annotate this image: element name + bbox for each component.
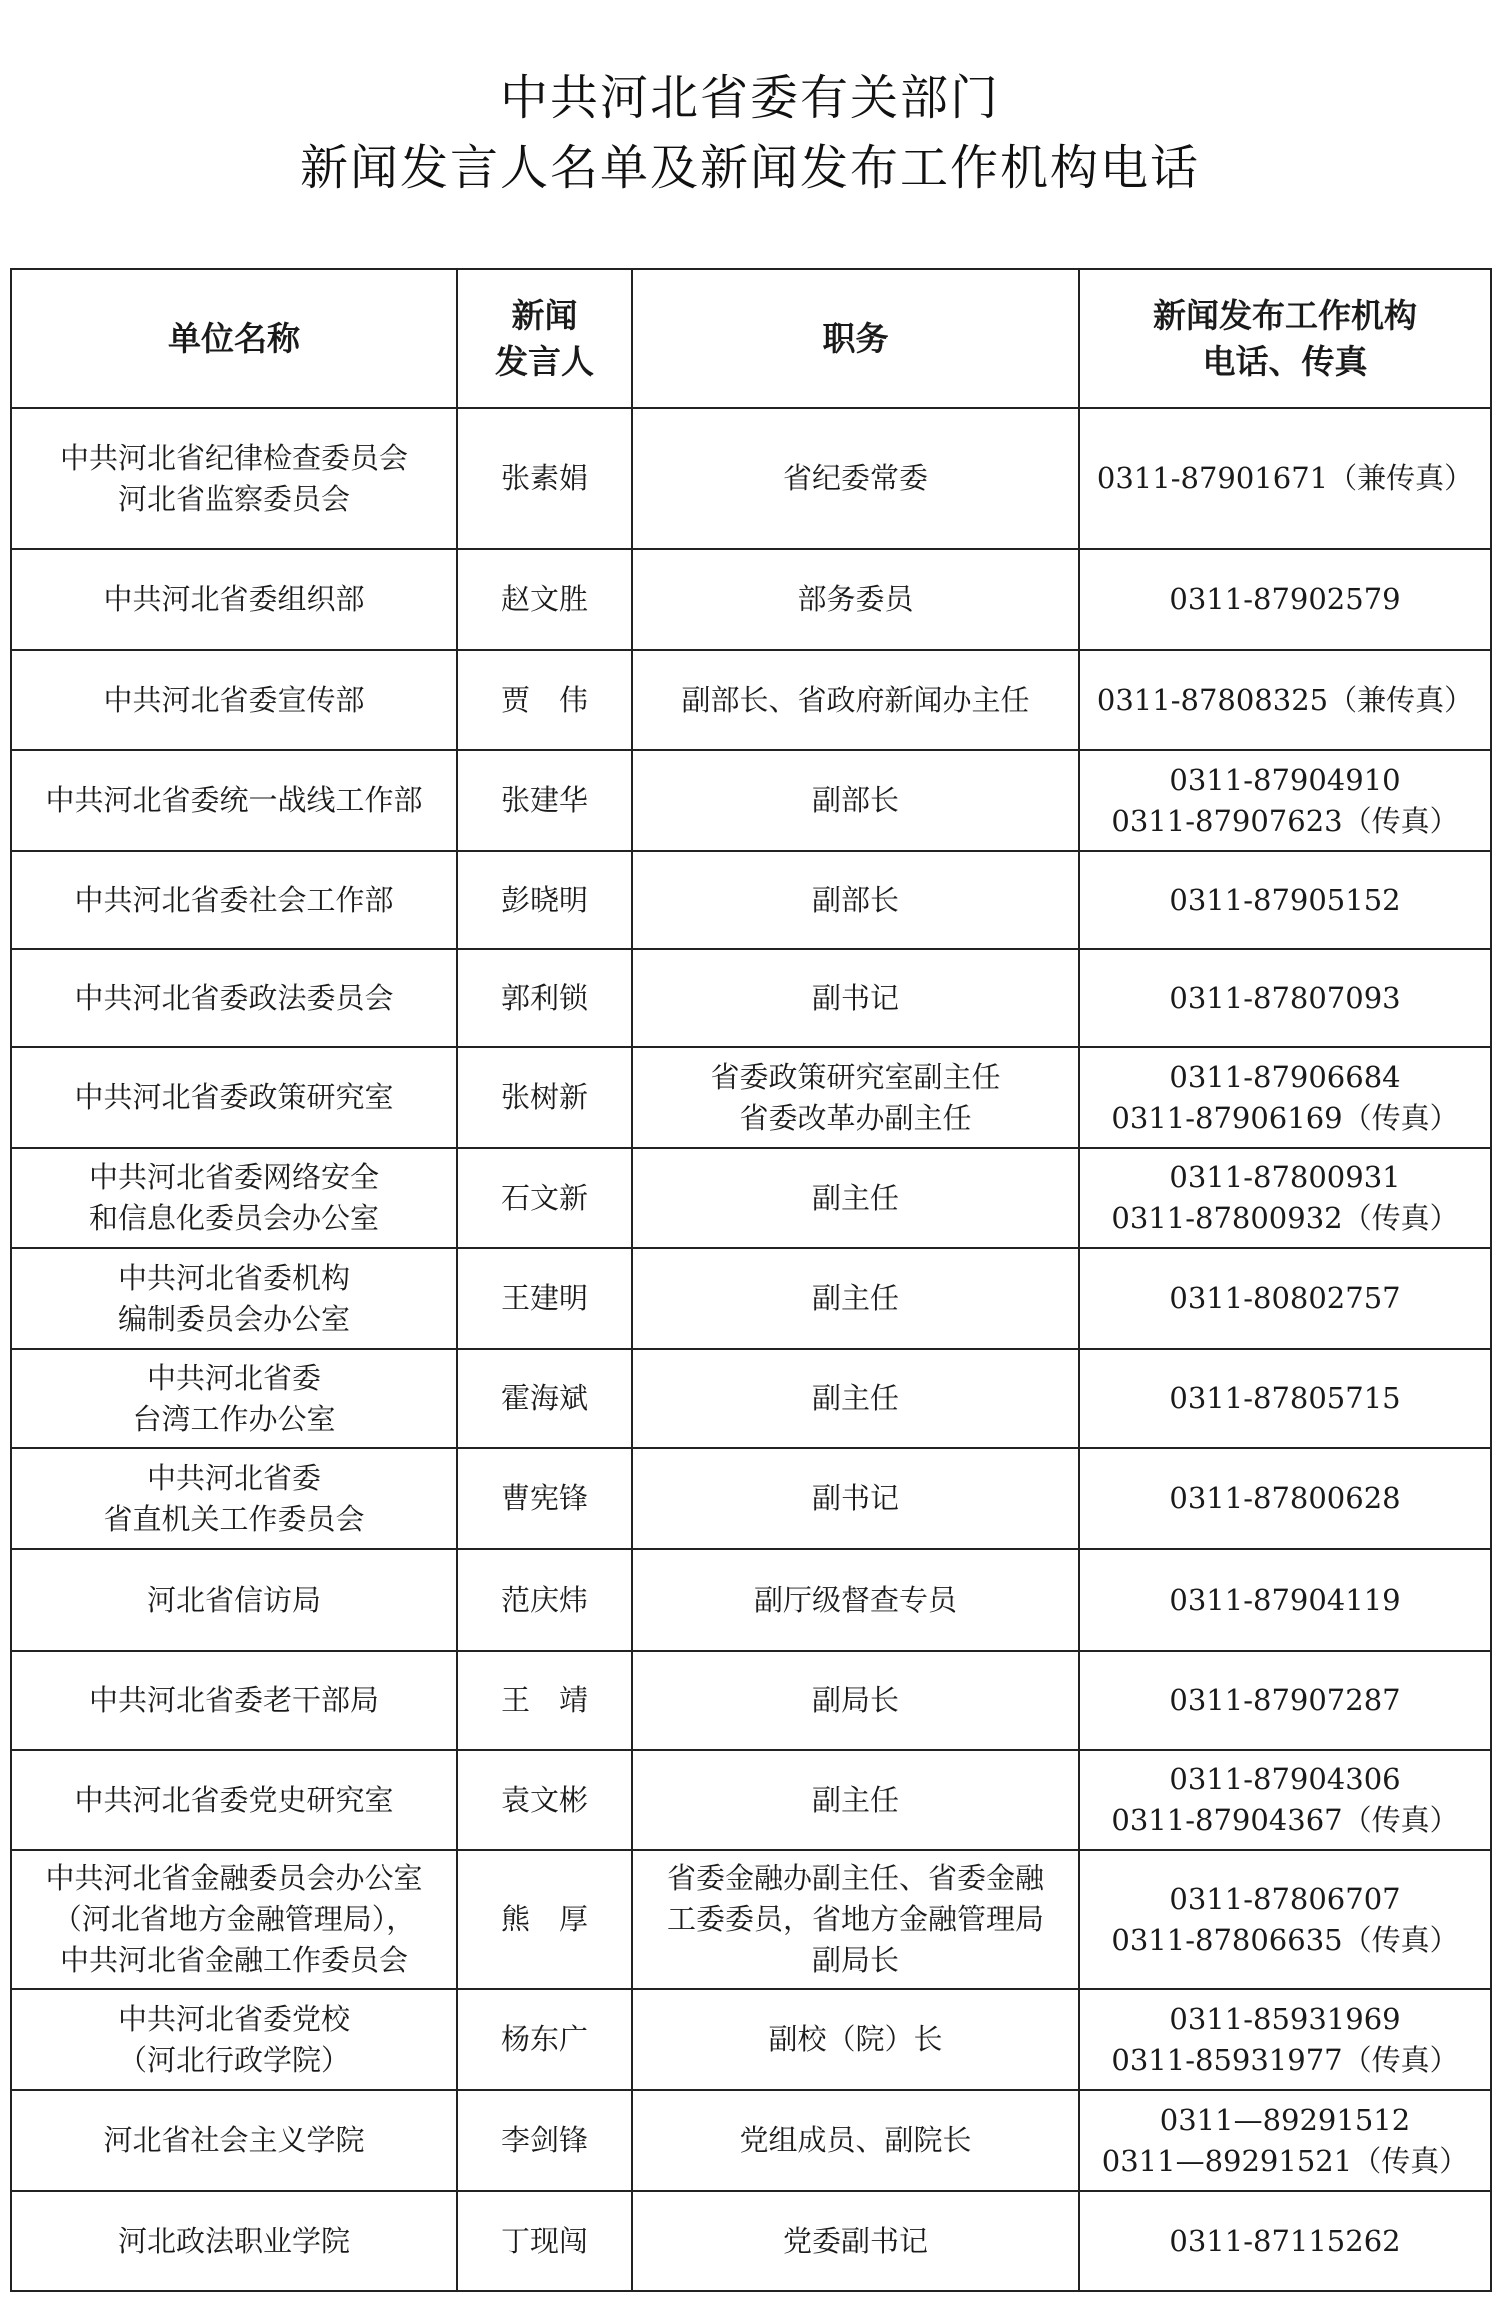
position-text: 省委改革办副主任	[637, 1098, 1074, 1139]
cell-position: 副主任	[632, 1148, 1079, 1248]
cell-phone-fax: 0311-80802757	[1079, 1248, 1491, 1349]
position-text: 副书记	[637, 1478, 1074, 1519]
table-row: 中共河北省委社会工作部彭晓明副部长0311-87905152	[11, 851, 1491, 949]
cell-phone-fax: 0311-878067070311-87806635（传真）	[1079, 1850, 1491, 1989]
phone-number: 0311-87904910	[1084, 760, 1486, 801]
cell-spokesperson: 张树新	[457, 1047, 632, 1148]
cell-spokesperson: 张建华	[457, 750, 632, 851]
phone-number: 0311-87906169（传真）	[1084, 1098, 1486, 1139]
cell-unit-name: 中共河北省委老干部局	[11, 1651, 457, 1750]
phone-number: 0311-87115262	[1084, 2221, 1486, 2262]
cell-unit-name: 河北省社会主义学院	[11, 2090, 457, 2191]
cell-unit-name: 中共河北省委党校（河北行政学院）	[11, 1989, 457, 2090]
phone-number: 0311-85931977（传真）	[1084, 2040, 1486, 2081]
phone-number: 0311-87806635（传真）	[1084, 1920, 1486, 1961]
cell-unit-name: 河北省信访局	[11, 1549, 457, 1651]
cell-spokesperson: 彭晓明	[457, 851, 632, 949]
cell-phone-fax: 0311-878009310311-87800932（传真）	[1079, 1148, 1491, 1248]
cell-position: 部务委员	[632, 549, 1079, 650]
cell-unit-name: 中共河北省委省直机关工作委员会	[11, 1448, 457, 1549]
cell-phone-fax: 0311-879043060311-87904367（传真）	[1079, 1750, 1491, 1850]
cell-position: 副主任	[632, 1349, 1079, 1448]
unit-name-text: 河北省信访局	[16, 1580, 452, 1621]
phone-number: 0311-80802757	[1084, 1278, 1486, 1319]
position-text: 省纪委常委	[637, 458, 1074, 499]
header-text: 职务	[637, 316, 1074, 362]
position-text: 副部长、省政府新闻办主任	[637, 680, 1074, 721]
table-row: 中共河北省委组织部赵文胜部务委员0311-87902579	[11, 549, 1491, 650]
header-position: 职务	[632, 269, 1079, 408]
position-text: 党组成员、副院长	[637, 2120, 1074, 2161]
cell-phone-fax: 0311-87800628	[1079, 1448, 1491, 1549]
position-text: 省委政策研究室副主任	[637, 1057, 1074, 1098]
table-row: 中共河北省委党史研究室袁文彬副主任0311-879043060311-87904…	[11, 1750, 1491, 1850]
unit-name-text: 编制委员会办公室	[16, 1299, 452, 1340]
cell-phone-fax: 0311-87808325（兼传真）	[1079, 650, 1491, 750]
phone-number: 0311-87904119	[1084, 1580, 1486, 1621]
cell-unit-name: 中共河北省纪律检查委员会河北省监察委员会	[11, 408, 457, 549]
spokesperson-name: 张素娟	[462, 458, 627, 499]
header-text: 新闻发布工作机构	[1084, 293, 1486, 339]
unit-name-text: 中共河北省委党校	[16, 1999, 452, 2040]
spokesperson-name: 霍海斌	[462, 1378, 627, 1419]
cell-spokesperson: 张素娟	[457, 408, 632, 549]
table-row: 中共河北省委政法委员会郭利锁副书记0311-87807093	[11, 949, 1491, 1047]
cell-unit-name: 中共河北省委统一战线工作部	[11, 750, 457, 851]
cell-position: 副主任	[632, 1248, 1079, 1349]
cell-spokesperson: 赵文胜	[457, 549, 632, 650]
position-text: 副局长	[637, 1680, 1074, 1721]
cell-spokesperson: 李剑锋	[457, 2090, 632, 2191]
phone-number: 0311—89291512	[1084, 2100, 1486, 2141]
cell-spokesperson: 曹宪锋	[457, 1448, 632, 1549]
header-text: 新闻	[462, 293, 627, 339]
position-text: 部务委员	[637, 579, 1074, 620]
cell-unit-name: 中共河北省委网络安全和信息化委员会办公室	[11, 1148, 457, 1248]
cell-unit-name: 中共河北省委台湾工作办公室	[11, 1349, 457, 1448]
spokesperson-name: 李剑锋	[462, 2120, 627, 2161]
unit-name-text: 中共河北省委老干部局	[16, 1680, 452, 1721]
spokesperson-name: 贾 伟	[462, 680, 627, 721]
position-text: 副主任	[637, 1178, 1074, 1219]
cell-phone-fax: 0311-859319690311-85931977（传真）	[1079, 1989, 1491, 2090]
unit-name-text: 中共河北省纪律检查委员会	[16, 438, 452, 479]
cell-spokesperson: 王建明	[457, 1248, 632, 1349]
cell-spokesperson: 熊 厚	[457, 1850, 632, 1989]
phone-number: 0311-87901671（兼传真）	[1084, 458, 1486, 499]
unit-name-text: 中共河北省委政法委员会	[16, 978, 452, 1019]
spokesperson-name: 石文新	[462, 1178, 627, 1219]
spokesperson-name: 郭利锁	[462, 978, 627, 1019]
spokesperson-name: 张建华	[462, 780, 627, 821]
phone-number: 0311-85931969	[1084, 1999, 1486, 2040]
unit-name-text: 中共河北省委	[16, 1458, 452, 1499]
table-row: 中共河北省委政策研究室张树新省委政策研究室副主任省委改革办副主任0311-879…	[11, 1047, 1491, 1148]
cell-phone-fax: 0311-87904119	[1079, 1549, 1491, 1651]
position-text: 副部长	[637, 880, 1074, 921]
cell-phone-fax: 0311-87905152	[1079, 851, 1491, 949]
position-text: 副校（院）长	[637, 2019, 1074, 2060]
phone-number: 0311—89291521（传真）	[1084, 2141, 1486, 2182]
phone-number: 0311-87906684	[1084, 1057, 1486, 1098]
position-text: 副主任	[637, 1378, 1074, 1419]
cell-spokesperson: 丁现闯	[457, 2191, 632, 2291]
cell-position: 党组成员、副院长	[632, 2090, 1079, 2191]
cell-unit-name: 中共河北省金融委员会办公室（河北省地方金融管理局），中共河北省金融工作委员会	[11, 1850, 457, 1989]
cell-position: 党委副书记	[632, 2191, 1079, 2291]
cell-phone-fax: 0311-87807093	[1079, 949, 1491, 1047]
unit-name-text: 中共河北省委党史研究室	[16, 1780, 452, 1821]
position-text: 副主任	[637, 1780, 1074, 1821]
header-text: 单位名称	[16, 316, 452, 362]
phone-number: 0311-87907287	[1084, 1680, 1486, 1721]
unit-name-text: 中共河北省委政策研究室	[16, 1077, 452, 1118]
cell-unit-name: 中共河北省委社会工作部	[11, 851, 457, 949]
unit-name-text: 省直机关工作委员会	[16, 1499, 452, 1540]
cell-spokesperson: 贾 伟	[457, 650, 632, 750]
phone-number: 0311-87805715	[1084, 1378, 1486, 1419]
cell-spokesperson: 王 靖	[457, 1651, 632, 1750]
cell-position: 副部长、省政府新闻办主任	[632, 650, 1079, 750]
table-row: 中共河北省纪律检查委员会河北省监察委员会张素娟省纪委常委0311-8790167…	[11, 408, 1491, 549]
cell-unit-name: 河北政法职业学院	[11, 2191, 457, 2291]
cell-position: 副厅级督查专员	[632, 1549, 1079, 1651]
position-text: 副主任	[637, 1278, 1074, 1319]
cell-spokesperson: 郭利锁	[457, 949, 632, 1047]
phone-number: 0311-87904367（传真）	[1084, 1800, 1486, 1841]
phone-number: 0311-87904306	[1084, 1759, 1486, 1800]
unit-name-text: 中共河北省委机构	[16, 1258, 452, 1299]
cell-position: 副书记	[632, 949, 1079, 1047]
table-row: 河北政法职业学院丁现闯党委副书记0311-87115262	[11, 2191, 1491, 2291]
cell-position: 副部长	[632, 750, 1079, 851]
cell-position: 省纪委常委	[632, 408, 1079, 549]
unit-name-text: 中共河北省委宣传部	[16, 680, 452, 721]
phone-number: 0311-87807093	[1084, 978, 1486, 1019]
unit-name-text: 和信息化委员会办公室	[16, 1198, 452, 1239]
unit-name-text: 台湾工作办公室	[16, 1399, 452, 1440]
spokesperson-name: 王 靖	[462, 1680, 627, 1721]
cell-spokesperson: 霍海斌	[457, 1349, 632, 1448]
cell-unit-name: 中共河北省委宣传部	[11, 650, 457, 750]
cell-phone-fax: 0311-879066840311-87906169（传真）	[1079, 1047, 1491, 1148]
cell-position: 副局长	[632, 1651, 1079, 1750]
position-text: 工委委员，省地方金融管理局	[637, 1899, 1074, 1940]
position-text: 省委金融办副主任、省委金融	[637, 1858, 1074, 1899]
unit-name-text: 中共河北省委	[16, 1358, 452, 1399]
position-text: 副厅级督查专员	[637, 1580, 1074, 1621]
phone-number: 0311-87907623（传真）	[1084, 801, 1486, 842]
cell-position: 副主任	[632, 1750, 1079, 1850]
cell-unit-name: 中共河北省委政策研究室	[11, 1047, 457, 1148]
table-row: 中共河北省委统一战线工作部张建华副部长0311-879049100311-879…	[11, 750, 1491, 851]
phone-number: 0311-87800628	[1084, 1478, 1486, 1519]
header-spokesperson: 新闻发言人	[457, 269, 632, 408]
spokesperson-name: 范庆炜	[462, 1580, 627, 1621]
spokesperson-name: 熊 厚	[462, 1899, 627, 1940]
spokesperson-name: 杨东广	[462, 2019, 627, 2060]
spokesperson-table: 单位名称 新闻发言人 职务 新闻发布工作机构电话、传真 中共河北省纪律检查委员会…	[10, 268, 1492, 2292]
table-row: 中共河北省委台湾工作办公室霍海斌副主任0311-87805715	[11, 1349, 1491, 1448]
cell-position: 副校（院）长	[632, 1989, 1079, 2090]
header-text: 发言人	[462, 339, 627, 385]
unit-name-text: 中共河北省委社会工作部	[16, 880, 452, 921]
unit-name-text: 中共河北省金融委员会办公室	[16, 1858, 452, 1899]
spokesperson-name: 曹宪锋	[462, 1478, 627, 1519]
spokesperson-name: 张树新	[462, 1077, 627, 1118]
phone-number: 0311-87806707	[1084, 1879, 1486, 1920]
unit-name-text: 中共河北省委网络安全	[16, 1157, 452, 1198]
cell-position: 省委政策研究室副主任省委改革办副主任	[632, 1047, 1079, 1148]
header-unit-name: 单位名称	[11, 269, 457, 408]
position-text: 党委副书记	[637, 2221, 1074, 2262]
table-header-row: 单位名称 新闻发言人 职务 新闻发布工作机构电话、传真	[11, 269, 1491, 408]
phone-number: 0311-87905152	[1084, 880, 1486, 921]
document-title-line1: 中共河北省委有关部门	[0, 68, 1500, 128]
table-row: 中共河北省委省直机关工作委员会曹宪锋副书记0311-87800628	[11, 1448, 1491, 1549]
phone-number: 0311-87800932（传真）	[1084, 1198, 1486, 1239]
cell-phone-fax: 0311—892915120311—89291521（传真）	[1079, 2090, 1491, 2191]
spokesperson-name: 赵文胜	[462, 579, 627, 620]
spokesperson-name: 丁现闯	[462, 2221, 627, 2262]
unit-name-text: （河北行政学院）	[16, 2040, 452, 2081]
cell-phone-fax: 0311-87115262	[1079, 2191, 1491, 2291]
cell-spokesperson: 范庆炜	[457, 1549, 632, 1651]
spokesperson-name: 王建明	[462, 1278, 627, 1319]
cell-spokesperson: 杨东广	[457, 1989, 632, 2090]
unit-name-text: （河北省地方金融管理局），	[16, 1899, 452, 1940]
unit-name-text: 河北省监察委员会	[16, 479, 452, 520]
cell-unit-name: 中共河北省委党史研究室	[11, 1750, 457, 1850]
document-title-line2: 新闻发言人名单及新闻发布工作机构电话	[0, 138, 1500, 198]
cell-phone-fax: 0311-879049100311-87907623（传真）	[1079, 750, 1491, 851]
cell-position: 省委金融办副主任、省委金融工委委员，省地方金融管理局副局长	[632, 1850, 1079, 1989]
unit-name-text: 中共河北省金融工作委员会	[16, 1940, 452, 1981]
phone-number: 0311-87808325（兼传真）	[1084, 680, 1486, 721]
table-row: 中共河北省委网络安全和信息化委员会办公室石文新副主任0311-878009310…	[11, 1148, 1491, 1248]
cell-phone-fax: 0311-87805715	[1079, 1349, 1491, 1448]
phone-number: 0311-87902579	[1084, 579, 1486, 620]
table-row: 河北省信访局范庆炜副厅级督查专员0311-87904119	[11, 1549, 1491, 1651]
cell-position: 副部长	[632, 851, 1079, 949]
cell-phone-fax: 0311-87901671（兼传真）	[1079, 408, 1491, 549]
phone-number: 0311-87800931	[1084, 1157, 1486, 1198]
cell-unit-name: 中共河北省委政法委员会	[11, 949, 457, 1047]
header-phone-fax: 新闻发布工作机构电话、传真	[1079, 269, 1491, 408]
header-text: 电话、传真	[1084, 339, 1486, 385]
position-text: 副书记	[637, 978, 1074, 1019]
cell-position: 副书记	[632, 1448, 1079, 1549]
cell-unit-name: 中共河北省委组织部	[11, 549, 457, 650]
unit-name-text: 河北政法职业学院	[16, 2221, 452, 2262]
table-row: 中共河北省委老干部局王 靖副局长0311-87907287	[11, 1651, 1491, 1750]
unit-name-text: 河北省社会主义学院	[16, 2120, 452, 2161]
cell-spokesperson: 袁文彬	[457, 1750, 632, 1850]
table-row: 中共河北省委宣传部贾 伟副部长、省政府新闻办主任0311-87808325（兼传…	[11, 650, 1491, 750]
table-row: 中共河北省金融委员会办公室（河北省地方金融管理局），中共河北省金融工作委员会熊 …	[11, 1850, 1491, 1989]
cell-phone-fax: 0311-87902579	[1079, 549, 1491, 650]
cell-phone-fax: 0311-87907287	[1079, 1651, 1491, 1750]
table-row: 中共河北省委党校（河北行政学院）杨东广副校（院）长0311-8593196903…	[11, 1989, 1491, 2090]
table-row: 河北省社会主义学院李剑锋党组成员、副院长0311—892915120311—89…	[11, 2090, 1491, 2191]
table-row: 中共河北省委机构编制委员会办公室王建明副主任0311-80802757	[11, 1248, 1491, 1349]
spokesperson-name: 彭晓明	[462, 880, 627, 921]
position-text: 副部长	[637, 780, 1074, 821]
unit-name-text: 中共河北省委统一战线工作部	[16, 780, 452, 821]
position-text: 副局长	[637, 1940, 1074, 1981]
unit-name-text: 中共河北省委组织部	[16, 579, 452, 620]
spokesperson-name: 袁文彬	[462, 1780, 627, 1821]
cell-spokesperson: 石文新	[457, 1148, 632, 1248]
cell-unit-name: 中共河北省委机构编制委员会办公室	[11, 1248, 457, 1349]
